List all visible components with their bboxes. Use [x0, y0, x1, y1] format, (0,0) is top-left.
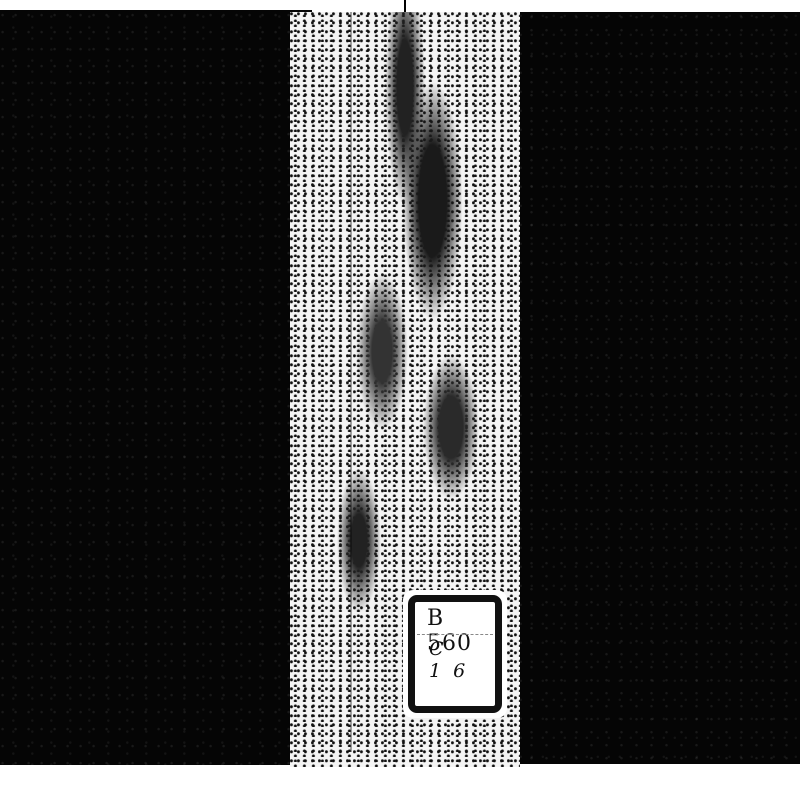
spine-crease [350, 12, 352, 752]
call-number-label: B 560 C 16 [403, 590, 507, 718]
book-cover-left [0, 10, 312, 765]
label-divider [417, 634, 493, 635]
book-cover-right [512, 12, 800, 764]
call-number-line-2: C 16 [429, 638, 495, 682]
call-number-label-frame: B 560 C 16 [408, 595, 502, 713]
scanned-page: B 560 C 16 [0, 0, 800, 800]
